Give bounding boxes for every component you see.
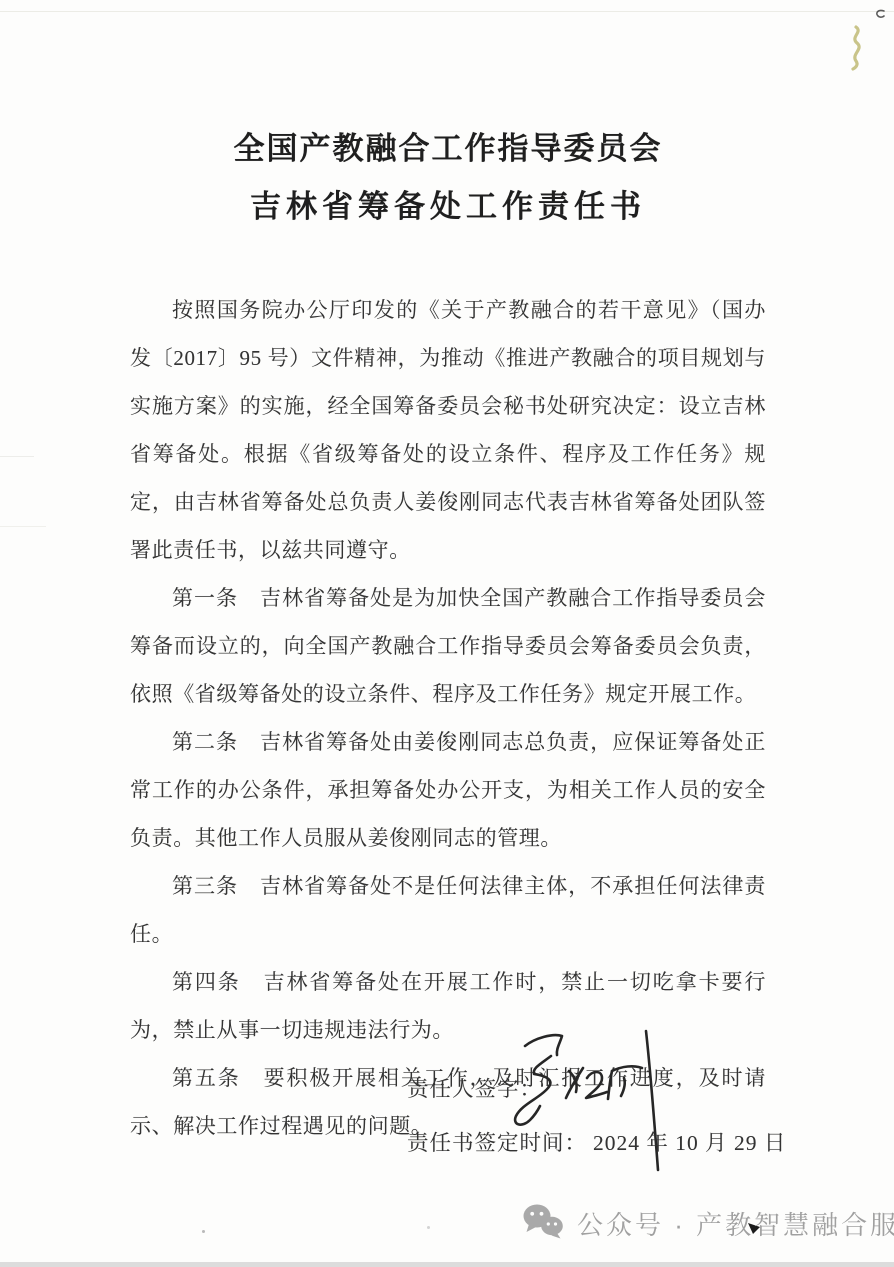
document-body: 按照国务院办公厅印发的《关于产教融合的若干意见》（国办发〔2017〕95 号）文… — [130, 286, 766, 1150]
paragraph-clause-1: 第一条 吉林省筹备处是为加快全国产教融合工作指导委员会筹备而设立的，向全国产教融… — [130, 574, 766, 718]
document-title: 全国产教融合工作指导委员会 吉林省筹备处工作责任书 — [130, 120, 766, 236]
scan-speck — [202, 1230, 205, 1233]
paragraph-clause-3: 第三条 吉林省筹备处不是任何法律主体，不承担任何法律责任。 — [130, 862, 766, 958]
scan-artifact-line — [0, 456, 34, 457]
handwritten-signature: 姜俊刚 — [505, 1022, 675, 1187]
document-content: 全国产教融合工作指导委员会 吉林省筹备处工作责任书 按照国务院办公厅印发的《关于… — [130, 0, 766, 1150]
scan-edge-strip — [0, 1262, 894, 1267]
watermark-text: 公众号 · 产教智慧融合服务 — [577, 1205, 894, 1242]
signed-date-value: 2024 年 10 月 29 日 — [593, 1131, 786, 1155]
ink-mark — [872, 7, 888, 28]
paragraph-clause-2: 第二条 吉林省筹备处由姜俊刚同志总负责，应保证筹备处正常工作的办公条件，承担筹备… — [130, 718, 766, 862]
scan-speck — [427, 1226, 430, 1229]
signed-date-line: 责任书签定时间：2024 年 10 月 29 日 — [407, 1126, 786, 1157]
scanned-document-page: 全国产教融合工作指导委员会 吉林省筹备处工作责任书 按照国务院办公厅印发的《关于… — [0, 0, 894, 1267]
wechat-icon — [522, 1203, 564, 1244]
title-line-2: 吉林省筹备处工作责任书 — [130, 178, 766, 236]
pen-scribble-mark — [843, 24, 869, 77]
title-line-1: 全国产教融合工作指导委员会 — [130, 120, 766, 178]
watermark-footer: 公众号 · 产教智慧融合服务 — [522, 1203, 894, 1244]
scan-artifact-line — [0, 526, 46, 527]
signed-date-label: 责任书签定时间： — [407, 1131, 587, 1155]
paragraph-intro: 按照国务院办公厅印发的《关于产教融合的若干意见》（国办发〔2017〕95 号）文… — [130, 286, 766, 574]
